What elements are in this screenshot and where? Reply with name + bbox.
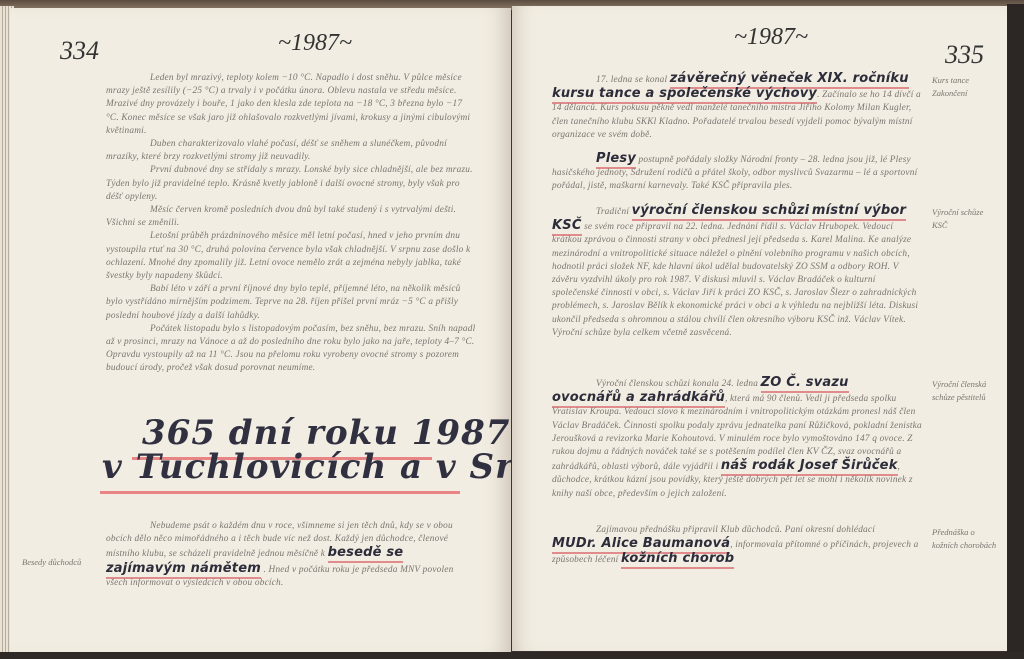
paragraph-june: Měsíc červen kromě posledních dvou dnů b…: [106, 204, 476, 230]
open-chronicle-book: 334 ~1987~ Leden byl mrazivý, teploty ko…: [0, 0, 1024, 659]
margin-note-ksc: Výroční schůze KSČ: [932, 206, 1000, 232]
paragraph-april: Duben charakterizovalo vlahé počasí, déš…: [106, 138, 476, 164]
paragraph-autumn: Babí léto v září a první říjnové dny byl…: [106, 283, 476, 323]
left-closing-paragraph: Nebudeme psát o každém dnu v roce, všimn…: [106, 520, 476, 590]
margin-note-dance-course: Kurs tance Zakončení: [932, 74, 1000, 100]
annual-meeting-highlight: výroční členskou schůzi: [632, 203, 810, 221]
page-number-right: 335: [945, 40, 984, 70]
page-number-left: 334: [60, 36, 99, 66]
entry-lead: Tradiční: [596, 207, 629, 217]
year-header-right: ~1987~: [734, 24, 808, 51]
year-header-left: ~1987~: [278, 30, 352, 57]
paragraph-may: První dubnové dny se střídaly s mrazy. L…: [106, 164, 476, 204]
title-underline-2: [100, 491, 460, 494]
entry-balls: Plesy postupně pořádaly složky Národní f…: [552, 152, 922, 194]
entry-lecture: Zajímavou přednášku připravil Klub důcho…: [552, 524, 922, 568]
entry-lead: Zajímavou přednášku připravil Klub důcho…: [596, 525, 875, 535]
paragraph-winter: Počátek listopadu bylo s listopadovým po…: [106, 323, 476, 376]
entry-body: se svém roce připravil na 22. ledna. Jed…: [552, 222, 918, 338]
entry-gardeners: Výroční členskou schůzi konala 24. ledna…: [552, 376, 922, 501]
left-paragraphs: Leden byl mrazivý, teploty kolem −10 °C.…: [106, 72, 476, 376]
book-bottom-edge: [0, 652, 1024, 659]
book-cover-right-edge: [1007, 4, 1024, 659]
entry-lead: Výroční členskou schůzi konala 24. ledna: [596, 379, 758, 389]
entry-lead: 17. ledna se konal: [596, 75, 667, 85]
margin-note-gardeners: Výroční členská schůze pěstitelů: [932, 378, 1000, 404]
entry-ksc-meeting: Tradiční výroční členskou schůzi místní …: [552, 204, 922, 340]
balls-highlight: Plesy: [596, 151, 636, 169]
paragraph-summer: Letošní průběh prázdninového měsíce měl …: [106, 230, 476, 283]
skin-diseases-highlight: kožních chorob: [621, 551, 734, 569]
paragraph-january: Leden byl mrazivý, teploty kolem −10 °C.…: [106, 72, 476, 138]
right-page: ~1987~ 335 17. ledna se konal závěrečný …: [512, 6, 1007, 651]
margin-note-lecture: Přednáška o kožních chorobách: [932, 526, 1000, 552]
margin-note-besedy: Besedy důchodců: [22, 556, 102, 569]
josef-siruccek-highlight: náš rodák Josef Širůček: [721, 458, 898, 476]
entry-dance-course: 17. ledna se konal závěrečný věneček XIX…: [552, 72, 922, 142]
